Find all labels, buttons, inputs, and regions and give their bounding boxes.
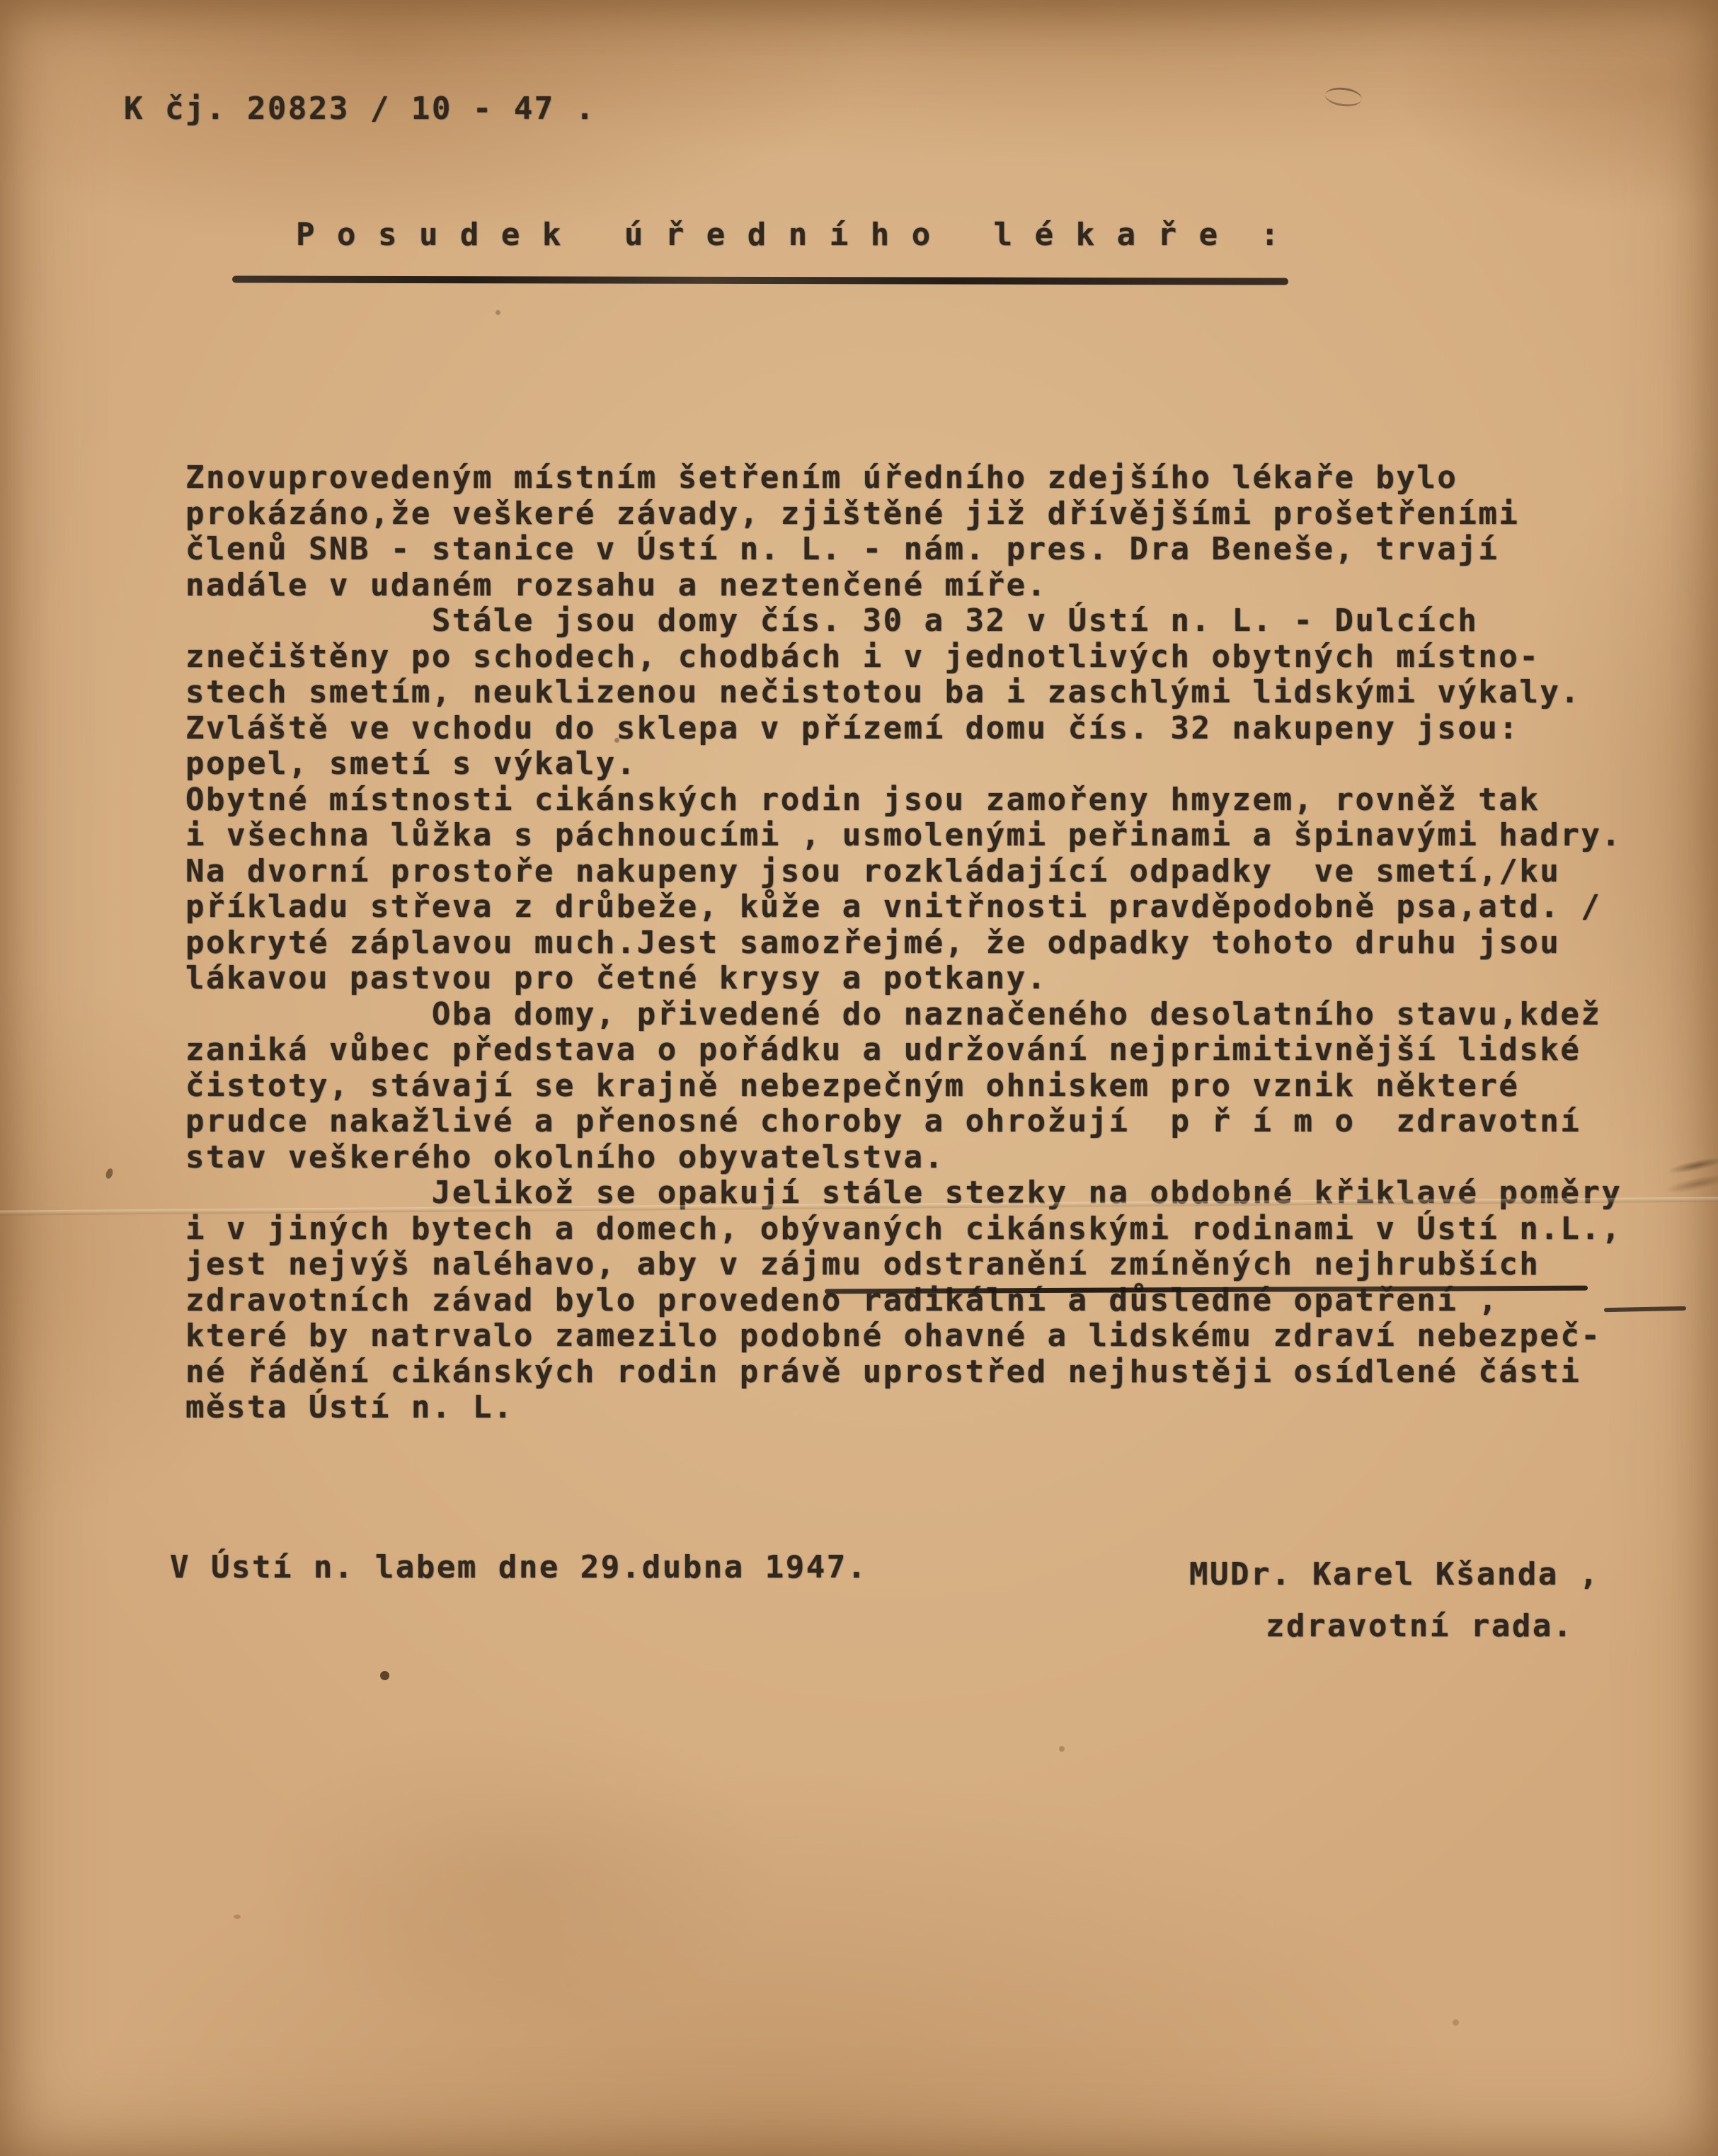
pencil-squiggle-mark — [1324, 86, 1363, 108]
ink-speck — [105, 1168, 114, 1180]
reference-number: K čj. 20823 / 10 - 47 . — [124, 91, 596, 127]
scanned-letter-page: K čj. 20823 / 10 - 47 . P o s u d e k ú … — [0, 0, 1718, 2156]
paper-speck — [1453, 2019, 1459, 2026]
ink-speck — [380, 1671, 389, 1680]
signature-title: zdravotní rada. — [1266, 1608, 1574, 1644]
document-title: P o s u d e k ú ř e d n í h o l é k a ř … — [296, 217, 1281, 253]
paper-edge-fold-mark — [1661, 1147, 1718, 1203]
title-underline-rule — [232, 275, 1288, 285]
ink-speck — [496, 310, 500, 315]
body-text: Znovuprovedeným místním šetřením úředníh… — [185, 460, 1622, 1426]
line-end-dash-mark — [1604, 1306, 1686, 1312]
paper-speck — [1059, 1746, 1065, 1752]
ink-speck — [614, 738, 619, 743]
paper-speck — [234, 1915, 241, 1919]
signature-name: MUDr. Karel Kšanda , — [1189, 1556, 1600, 1592]
date-place-line: V Ústí n. labem dne 29.dubna 1947. — [170, 1549, 868, 1585]
